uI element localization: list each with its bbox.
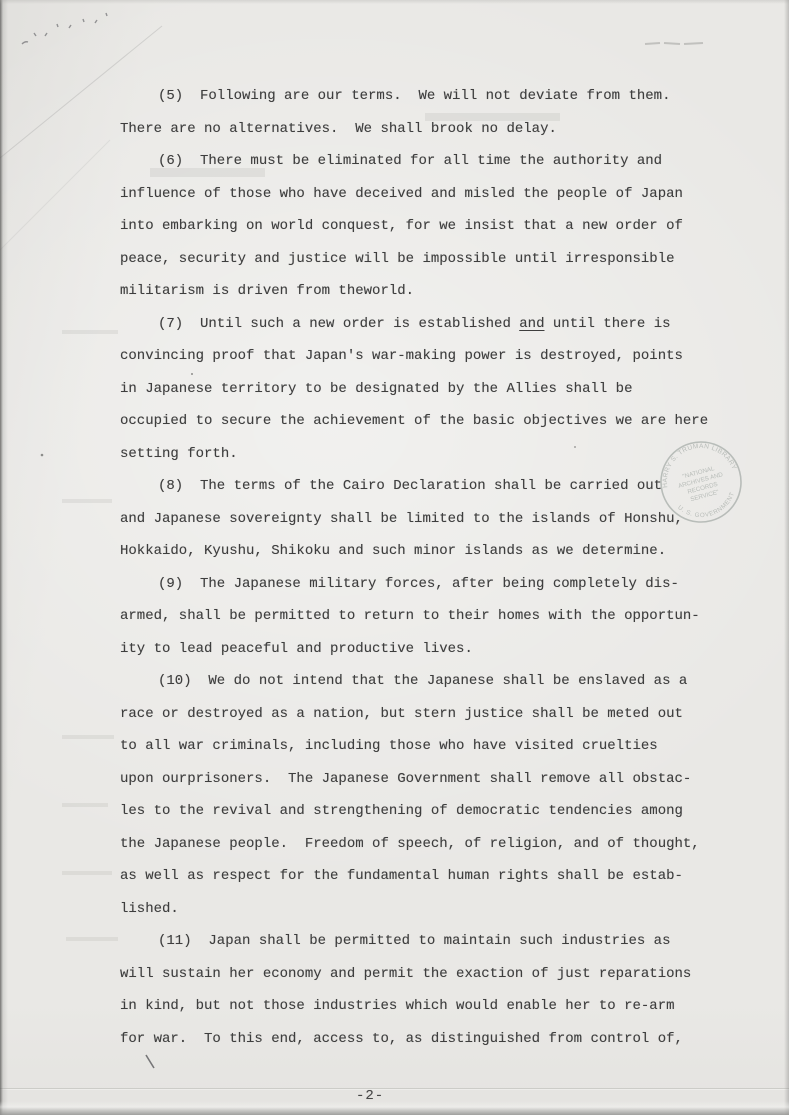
document-line: lished. [120, 893, 760, 926]
faint-smudge [645, 43, 703, 44]
document-line: will sustain her economy and permit the … [120, 958, 760, 991]
scan-edge-top [0, 0, 789, 4]
document-line: There are no alternatives. We shall broo… [120, 113, 760, 146]
document-line: convincing proof that Japan's war-making… [120, 340, 760, 373]
document-line: (11) Japan shall be permitted to maintai… [120, 925, 760, 958]
document-line: in kind, but not those industries which … [120, 990, 760, 1023]
document-body: (5) Following are our terms. We will not… [120, 80, 760, 1055]
document-line: upon ourprisoners. The Japanese Governme… [120, 763, 760, 796]
document-line: peace, security and justice will be impo… [120, 243, 760, 276]
crease-line [0, 140, 110, 250]
document-line: (6) There must be eliminated for all tim… [120, 145, 760, 178]
document-line: race or destroyed as a nation, but stern… [120, 698, 760, 731]
underlined-word: and [519, 316, 544, 332]
text-segment: (7) Until such a new order is establishe… [158, 316, 519, 332]
document-line: into embarking on world conquest, for we… [120, 210, 760, 243]
document-line: the Japanese people. Freedom of speech, … [120, 828, 760, 861]
scan-edge-left [0, 0, 8, 1115]
crease-line [0, 1088, 789, 1089]
document-line: occupied to secure the achievement of th… [120, 405, 760, 438]
scan-edge-bottom [0, 1101, 789, 1115]
document-line: influence of those who have deceived and… [120, 178, 760, 211]
document-line: (10) We do not intend that the Japanese … [120, 665, 760, 698]
document-line: (7) Until such a new order is establishe… [120, 308, 760, 341]
scan-edge-right [784, 0, 789, 1115]
document-line: militarism is driven from theworld. [120, 275, 760, 308]
document-line: for war. To this end, access to, as dist… [120, 1023, 760, 1056]
document-line: in Japanese territory to be designated b… [120, 373, 760, 406]
text-segment: until there is [544, 316, 670, 332]
truman-library-stamp: HARRY S. TRUMAN LIBRARY U. S. GOVERNMENT… [655, 436, 747, 528]
document-line: les to the revival and strengthening of … [120, 795, 760, 828]
document-line: armed, shall be permitted to return to t… [120, 600, 760, 633]
document-line: as well as respect for the fundamental h… [120, 860, 760, 893]
document-line: to all war criminals, including those wh… [120, 730, 760, 763]
pencil-tick-mark [146, 1055, 154, 1068]
stamp-center-text: "NATIONAL ARCHIVES AND RECORDS SERVICE" [675, 463, 728, 505]
document-line: (9) The Japanese military forces, after … [120, 568, 760, 601]
document-page: (5) Following are our terms. We will not… [0, 0, 789, 1115]
page-number: -2- [356, 1088, 384, 1104]
document-line: ity to lead peaceful and productive live… [120, 633, 760, 666]
pencil-scribble [22, 13, 107, 44]
document-line: Hokkaido, Kyushu, Shikoku and such minor… [120, 535, 760, 568]
document-line: (5) Following are our terms. We will not… [120, 80, 760, 113]
